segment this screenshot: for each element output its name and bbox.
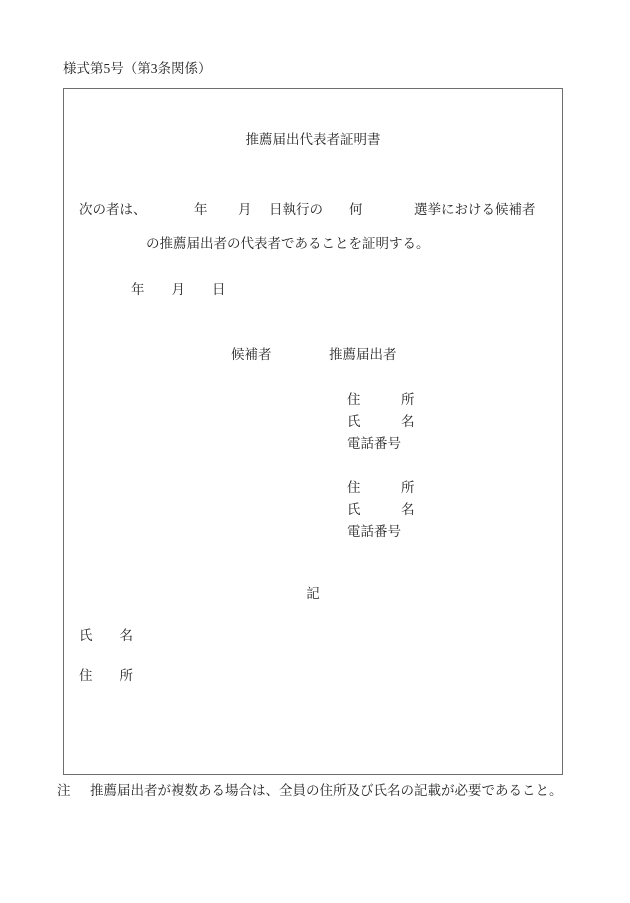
nominator-block-2-phone-label: 電話番号 — [347, 525, 401, 539]
body-line1-intro: 次の者は、 — [79, 203, 147, 217]
body-line1-election-placeholder: 何 — [349, 203, 363, 217]
subject-address-label: 住 所 — [79, 669, 133, 683]
column-header-nominator: 推薦届出者 — [329, 348, 397, 362]
footnote-marker: 注 — [57, 784, 71, 798]
column-header-candidate: 候補者 — [231, 348, 272, 362]
form-designation-label: 様式第5号（第3条関係） — [63, 62, 212, 76]
nominator-block-2-name-label: 氏 名 — [347, 503, 415, 517]
subject-name-label: 氏 名 — [79, 629, 133, 643]
nominator-block-1-address-label: 住 所 — [347, 393, 415, 407]
footnote-text: 推薦届出者が複数ある場合は、全員の住所及び氏名の記載が必要であること。 — [90, 784, 563, 798]
nominator-block-2-address-label: 住 所 — [347, 481, 415, 495]
nominator-block-1-phone-label: 電話番号 — [347, 437, 401, 451]
body-line1-election-label: 選挙における候補者 — [414, 203, 536, 217]
document-page: 様式第5号（第3条関係） 推薦届出代表者証明書 次の者は、 年 月 日執行の 何… — [0, 0, 630, 903]
date-line: 年 月 日 — [131, 283, 226, 297]
certificate-title: 推薦届出代表者証明書 — [64, 133, 562, 147]
body-line1-month-label: 月 — [238, 203, 252, 217]
body-line1-day-exec-label: 日執行の — [269, 203, 323, 217]
body-line2: の推薦届出者の代表者であることを証明する。 — [146, 237, 430, 251]
body-line1-year-label: 年 — [194, 203, 208, 217]
certificate-box: 推薦届出代表者証明書 次の者は、 年 月 日執行の 何 選挙における候補者 の推… — [63, 88, 563, 775]
ki-marker: 記 — [64, 587, 562, 601]
nominator-block-1-name-label: 氏 名 — [347, 415, 415, 429]
